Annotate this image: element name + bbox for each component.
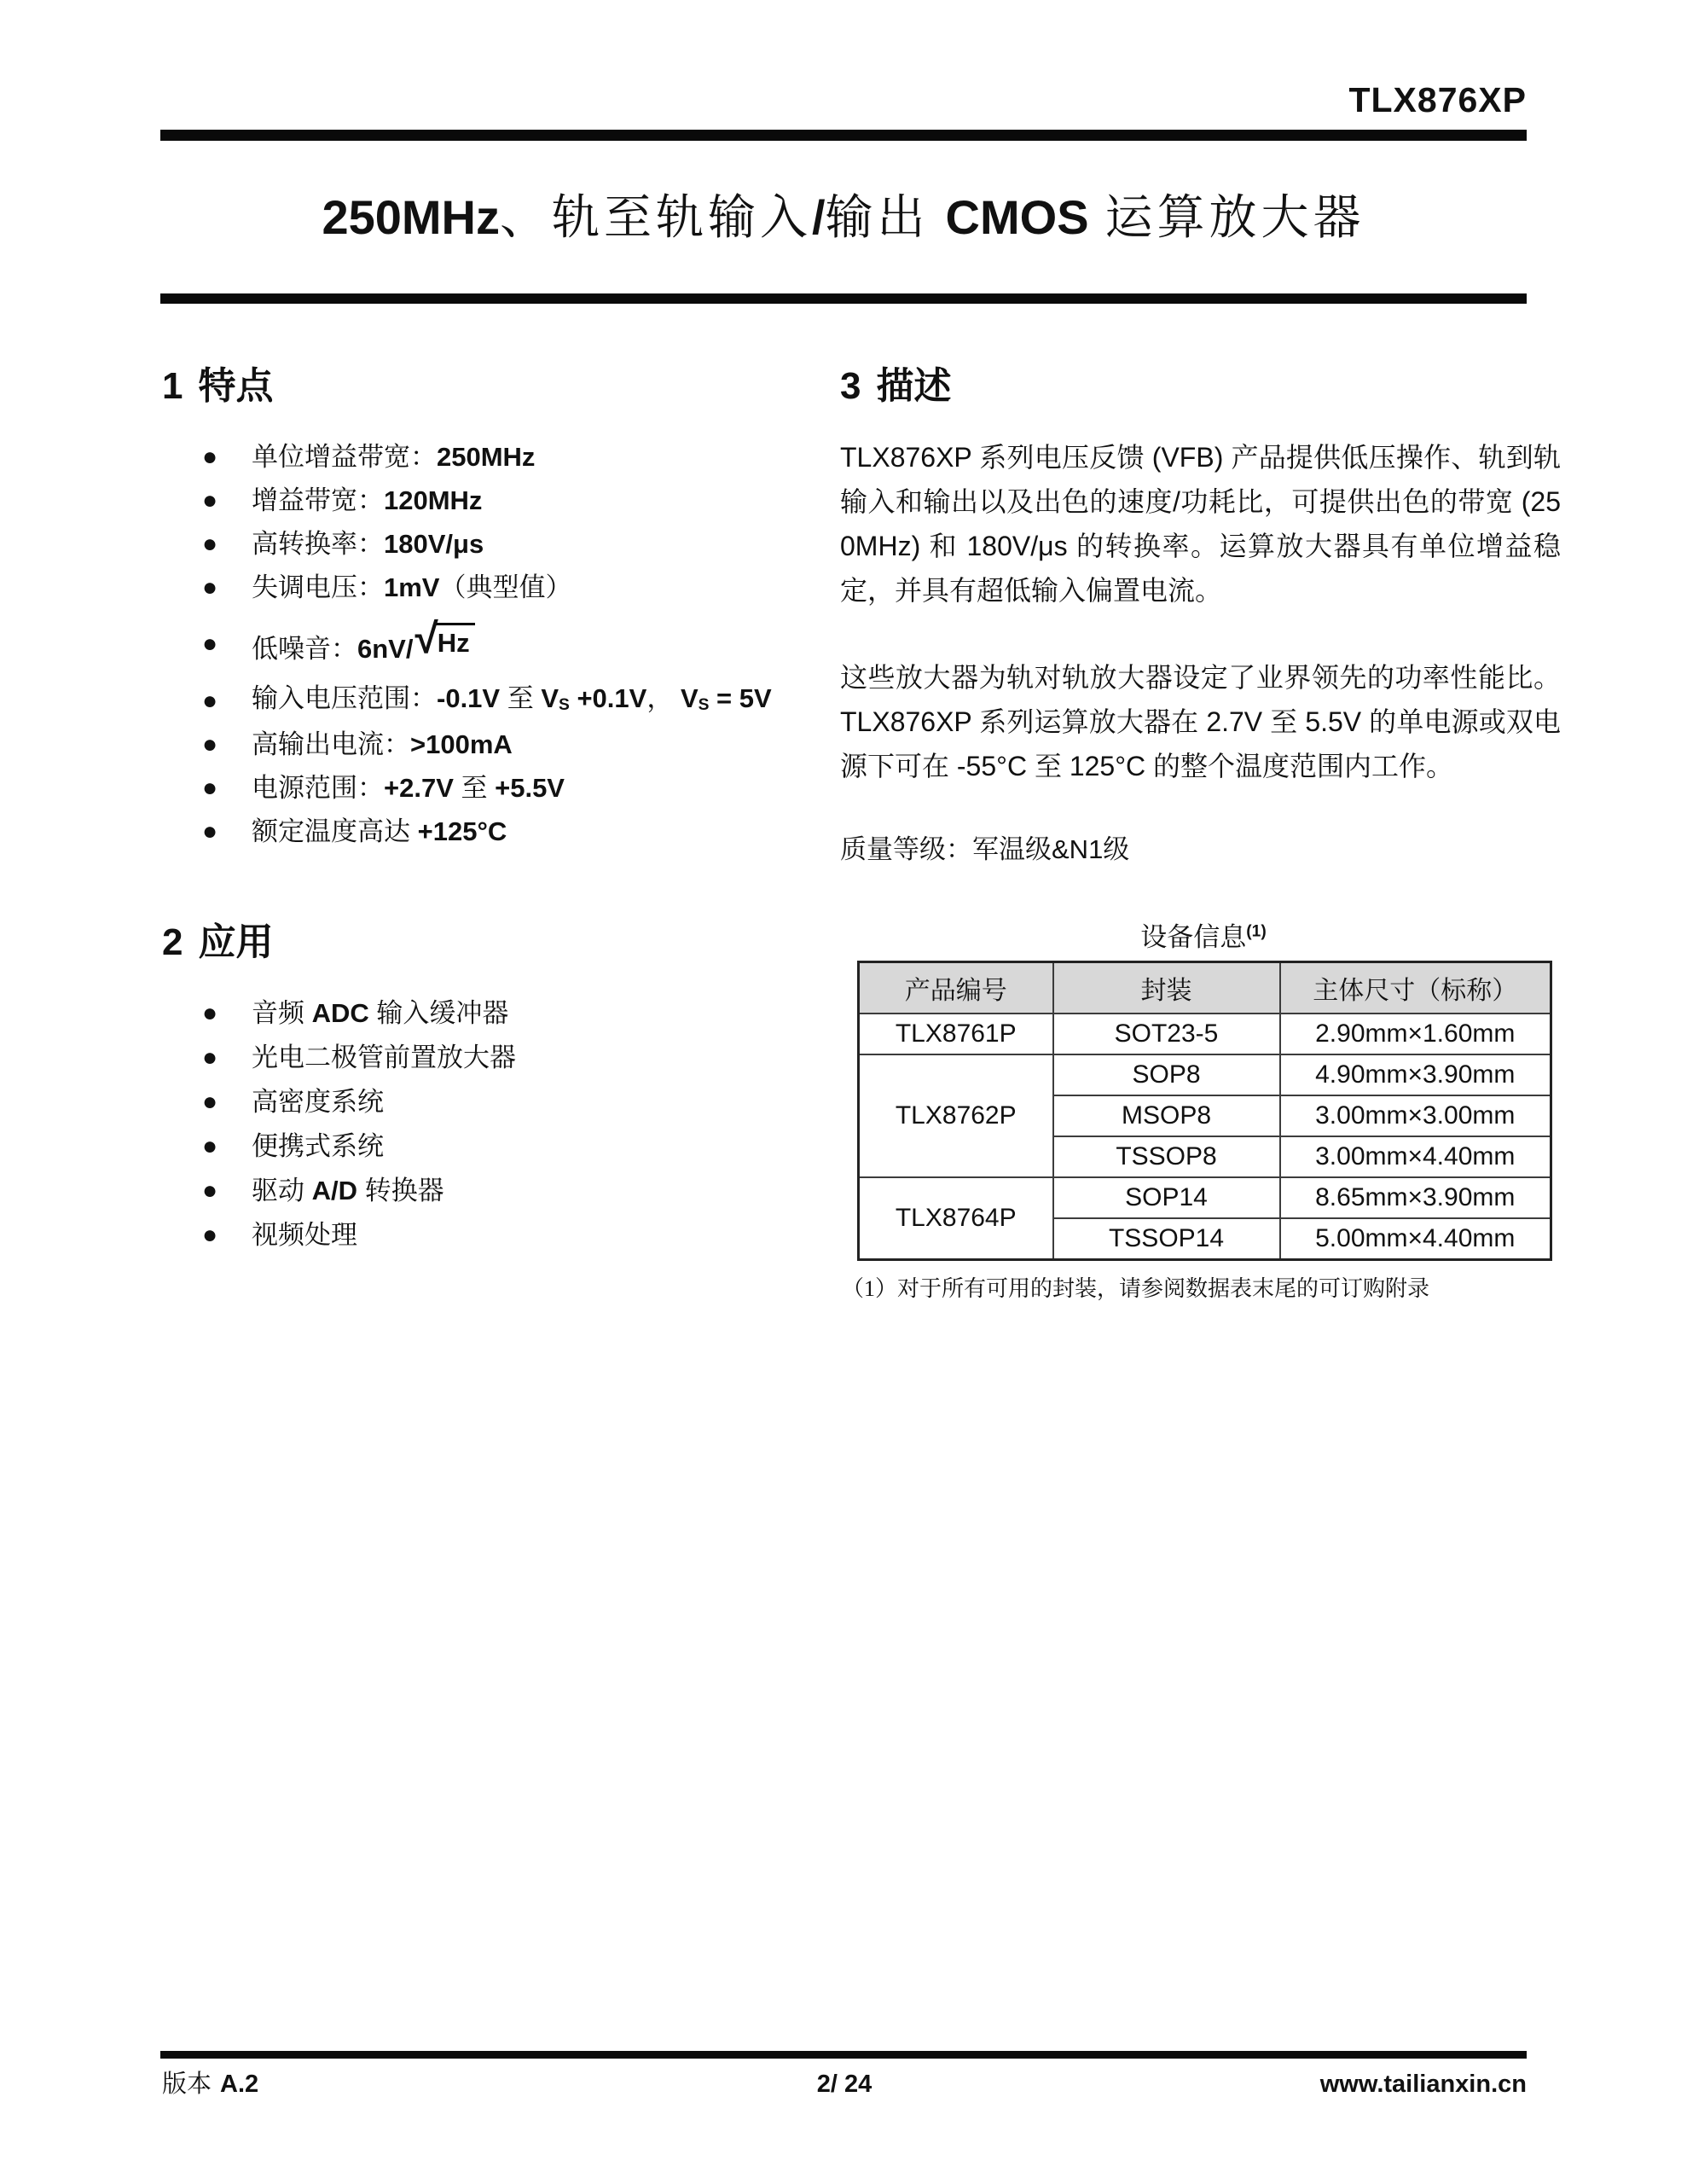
text-segment: 便携式系统 <box>252 1131 384 1161</box>
text-segment: +5.5V <box>488 773 565 803</box>
bullet-icon: ● <box>202 815 252 849</box>
datasheet-page: TLX876XP 250MHz、轨至轨输入/输出 CMOS 运算放大器 1特点 … <box>0 0 1687 2184</box>
package-cell: SOP8 <box>1053 1054 1280 1095</box>
right-column: 3描述 TLX876XP 系列电压反馈 (VFB) 产品提供低压操作、轨到轨输入… <box>840 365 1561 1303</box>
page-footer: 版本A.2 2/ 24 www.tailianxin.cn <box>162 2065 1527 2100</box>
text-segment: 高输出电流： <box>252 729 410 759</box>
bullet-icon: ● <box>202 1041 252 1075</box>
application-item: ●便携式系统 <box>162 1124 827 1169</box>
col-header-part: 产品编号 <box>859 962 1053 1014</box>
size-cell: 5.00mm×4.40mm <box>1280 1218 1551 1260</box>
part-number-cell: TLX8762P <box>859 1054 1053 1177</box>
feature-text: 高转换率：180V/μs <box>252 527 484 561</box>
feature-item: ●电源范围：+2.7V 至 +5.5V <box>162 766 827 810</box>
feature-text: 高输出电流：>100mA <box>252 728 513 762</box>
version-value: A.2 <box>220 2071 258 2098</box>
package-cell: SOT23-5 <box>1053 1014 1280 1054</box>
text-segment: = 5V <box>709 683 771 713</box>
radicand: Hz <box>436 623 475 660</box>
text-segment: 1mV <box>384 572 439 602</box>
title-segment: 输出 <box>826 192 946 245</box>
feature-text: 增益带宽：120MHz <box>252 484 482 518</box>
bullet-icon: ● <box>202 571 252 605</box>
table-header-row: 产品编号 封装 主体尺寸（标称） <box>859 962 1551 1014</box>
bullet-icon: ● <box>202 728 252 762</box>
text-segment: S <box>699 696 710 714</box>
text-segment: +0.1V <box>570 683 647 713</box>
title-segment: 250MHz <box>322 190 500 244</box>
section-number: 3 <box>840 365 861 408</box>
text-segment: S <box>559 696 570 714</box>
text-segment: 输入缓冲器 <box>369 998 509 1028</box>
table-footnote: （1）对于所有可用的封装，请参阅数据表末尾的可订购附录 <box>842 1271 1561 1303</box>
package-cell: TSSOP8 <box>1053 1136 1280 1177</box>
title-segment: 运算放大器 <box>1089 192 1365 245</box>
title-segment: / <box>812 190 826 244</box>
size-cell: 2.90mm×1.60mm <box>1280 1014 1551 1054</box>
text-segment: 失调电压： <box>252 572 384 602</box>
features-list: ●单位增益带宽：250MHz●增益带宽：120MHz●高转换率：180V/μs●… <box>162 435 827 853</box>
text-segment: 高密度系统 <box>252 1087 384 1117</box>
feature-item: ●高输出电流：>100mA <box>162 723 827 766</box>
section-number: 1 <box>162 365 183 408</box>
text-segment: 增益带宽： <box>252 485 384 515</box>
description-paragraph: 这些放大器为轨对轨放大器设定了业界领先的功率性能比。TLX876XP 系列运算放… <box>840 655 1561 788</box>
version-label: 版本 <box>162 2071 212 2098</box>
table-title-text: 设备信息 <box>1140 922 1246 952</box>
section-title: 应用 <box>198 921 273 964</box>
application-text: 音频 ADC 输入缓冲器 <box>252 996 508 1031</box>
text-segment: 120MHz <box>384 485 482 515</box>
text-segment: 单位增益带宽： <box>252 442 437 472</box>
application-item: ●驱动 A/D 转换器 <box>162 1169 827 1213</box>
col-header-package: 封装 <box>1053 962 1280 1014</box>
size-cell: 3.00mm×3.00mm <box>1280 1095 1551 1136</box>
text-segment: 低噪音： <box>252 634 357 664</box>
size-cell: 4.90mm×3.90mm <box>1280 1054 1551 1095</box>
features-heading: 1特点 <box>162 365 827 408</box>
text-segment: 250MHz <box>437 442 535 472</box>
size-cell: 8.65mm×3.90mm <box>1280 1177 1551 1218</box>
header-rule <box>160 130 1527 141</box>
section-title: 特点 <box>198 365 273 408</box>
text-segment: 输入电压范围： <box>252 683 437 713</box>
text-segment: 转换器 <box>357 1176 444 1205</box>
text-segment: 光电二极管前置放大器 <box>252 1043 516 1072</box>
text-segment: 视频处理 <box>252 1220 357 1250</box>
part-number-cell: TLX8764P <box>859 1177 1053 1260</box>
bullet-icon: ● <box>202 1130 252 1164</box>
text-segment: ， <box>646 683 673 713</box>
bullet-icon: ● <box>202 684 252 718</box>
section-number: 2 <box>162 921 183 964</box>
footer-page-number: 2/ 24 <box>617 2071 1071 2099</box>
feature-text: 额定温度高达 +125°C <box>252 815 507 849</box>
text-segment: 驱动 <box>252 1176 312 1205</box>
text-segment: A/D <box>312 1176 357 1205</box>
text-segment: 至 <box>461 773 488 803</box>
application-item: ●高密度系统 <box>162 1080 827 1124</box>
title-rule <box>160 293 1527 304</box>
sqrt-expression: √Hz <box>415 623 474 665</box>
text-segment: +125°C <box>418 816 507 846</box>
feature-text: 单位增益带宽：250MHz <box>252 440 535 474</box>
text-segment: 音频 <box>252 998 312 1028</box>
text-segment: 电源范围： <box>252 773 384 803</box>
applications-list: ●音频 ADC 输入缓冲器●光电二极管前置放大器●高密度系统●便携式系统●驱动 … <box>162 991 827 1258</box>
device-info-table-title: 设备信息(1) <box>857 915 1550 954</box>
table-body: TLX8761PSOT23-52.90mm×1.60mmTLX8762PSOP8… <box>859 1014 1551 1260</box>
bullet-icon: ● <box>202 484 252 518</box>
package-cell: MSOP8 <box>1053 1095 1280 1136</box>
doc-code: TLX876XP <box>1348 80 1527 120</box>
feature-item: ●增益带宽：120MHz <box>162 479 827 522</box>
quality-grade-line: 质量等级：军温级&N1级 <box>840 828 1561 866</box>
application-text: 高密度系统 <box>252 1085 384 1119</box>
text-segment: 6nV/ <box>357 634 413 664</box>
table-title-footnote-ref: (1) <box>1246 923 1266 941</box>
feature-item: ●单位增益带宽：250MHz <box>162 435 827 479</box>
application-item: ●音频 ADC 输入缓冲器 <box>162 991 827 1036</box>
page-title: 250MHz、轨至轨输入/输出 CMOS 运算放大器 <box>160 188 1527 248</box>
feature-text: 电源范围：+2.7V 至 +5.5V <box>252 771 565 805</box>
text-segment: V <box>673 683 698 713</box>
application-text: 便携式系统 <box>252 1130 384 1164</box>
bullet-icon: ● <box>202 1174 252 1208</box>
package-cell: TSSOP14 <box>1053 1218 1280 1260</box>
text-segment: V <box>534 683 559 713</box>
part-number-cell: TLX8761P <box>859 1014 1053 1054</box>
radical-icon: √ <box>415 618 438 660</box>
feature-item: ●低噪音：6nV/√Hz <box>162 609 827 679</box>
text-segment: 至 <box>507 683 534 713</box>
feature-text: 低噪音：6nV/√Hz <box>252 623 475 666</box>
package-cell: SOP14 <box>1053 1177 1280 1218</box>
device-info-table: 产品编号 封装 主体尺寸（标称） TLX8761PSOT23-52.90mm×1… <box>857 961 1552 1261</box>
feature-text: 输入电压范围：-0.1V 至 VS +0.1V， VS = 5V <box>252 682 772 720</box>
applications-heading: 2应用 <box>162 921 827 964</box>
table-row: TLX8764PSOP148.65mm×3.90mm <box>859 1177 1551 1218</box>
title-segment: CMOS <box>946 190 1089 244</box>
bullet-icon: ● <box>202 1085 252 1119</box>
feature-item: ●高转换率：180V/μs <box>162 522 827 566</box>
footer-website: www.tailianxin.cn <box>1072 2071 1527 2099</box>
table-row: TLX8761PSOT23-52.90mm×1.60mm <box>859 1014 1551 1054</box>
description-heading: 3描述 <box>840 365 1561 408</box>
bullet-icon: ● <box>202 627 252 661</box>
title-segment: 、轨至轨输入 <box>500 192 812 245</box>
col-header-size: 主体尺寸（标称） <box>1280 962 1551 1014</box>
footer-version: 版本A.2 <box>162 2065 617 2100</box>
text-segment: +2.7V <box>384 773 461 803</box>
feature-item: ●输入电压范围：-0.1V 至 VS +0.1V， VS = 5V <box>162 679 827 723</box>
text-segment: -0.1V <box>437 683 507 713</box>
size-cell: 3.00mm×4.40mm <box>1280 1136 1551 1177</box>
bullet-icon: ● <box>202 527 252 561</box>
application-text: 光电二极管前置放大器 <box>252 1041 516 1075</box>
text-segment: 180V/μs <box>384 529 484 559</box>
text-segment: 额定温度高达 <box>252 816 418 846</box>
application-text: 视频处理 <box>252 1218 357 1252</box>
feature-item: ●失调电压：1mV（典型值） <box>162 566 827 609</box>
footer-rule <box>160 2051 1527 2059</box>
table-row: TLX8762PSOP84.90mm×3.90mm <box>859 1054 1551 1095</box>
bullet-icon: ● <box>202 440 252 474</box>
description-paragraph: TLX876XP 系列电压反馈 (VFB) 产品提供低压操作、轨到轨输入和输出以… <box>840 435 1561 613</box>
feature-text: 失调电压：1mV（典型值） <box>252 571 571 605</box>
bullet-icon: ● <box>202 1218 252 1252</box>
bullet-icon: ● <box>202 771 252 805</box>
left-column: 1特点 ●单位增益带宽：250MHz●增益带宽：120MHz●高转换率：180V… <box>162 365 827 1258</box>
text-segment: 高转换率： <box>252 529 384 559</box>
application-text: 驱动 A/D 转换器 <box>252 1174 444 1208</box>
text-segment: ADC <box>312 998 369 1028</box>
text-segment: （典型值） <box>439 572 571 602</box>
application-item: ●视频处理 <box>162 1213 827 1258</box>
application-item: ●光电二极管前置放大器 <box>162 1036 827 1080</box>
feature-item: ●额定温度高达 +125°C <box>162 810 827 853</box>
bullet-icon: ● <box>202 996 252 1031</box>
text-segment: >100mA <box>410 729 513 759</box>
section-title: 描述 <box>876 365 951 408</box>
